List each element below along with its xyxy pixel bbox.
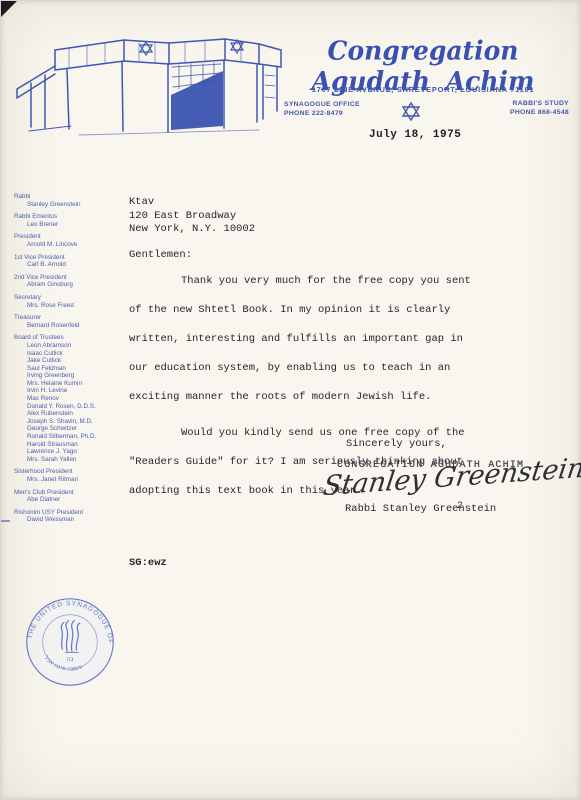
trustee-name: Ronald Silberman, Ph.D.: [14, 433, 126, 441]
trustee-name: Mrs. Sarah Yallen: [14, 456, 126, 464]
trustee-name: Donald Y. Rosen, D.D.S.: [14, 403, 126, 411]
officer-group: Treasurer Bernard Rosenfeld: [14, 314, 126, 329]
officer-name: Leo Brener: [14, 221, 126, 229]
officer-role: President: [14, 233, 126, 241]
trustee-name: Lawrence J. Yago: [14, 448, 126, 456]
synagogue-building-illustration: [9, 9, 289, 141]
officer-role: Sisterhood President: [14, 468, 126, 476]
officer-role: Men's Club President: [14, 489, 126, 497]
officer-name: Mrs. Rose Freed: [14, 302, 126, 310]
officer-role: Treasurer: [14, 314, 126, 322]
officer-role: Rabbi Emeritus: [14, 213, 126, 221]
officer-group: 1st Vice President Carl B. Arnold: [14, 254, 126, 269]
study-label: RABBI'S STUDY: [479, 100, 569, 109]
united-synagogue-seal: THE UNITED SYNAGOGUE OF AMERICA והסנה אי…: [23, 595, 117, 689]
letter-page: Congregation Agudath Achim 1707 LINE AVE…: [1, 1, 580, 799]
officer-name: Abe Diatner: [14, 496, 126, 504]
typed-signer-name: Rabbi Stanley Greenstein: [345, 503, 496, 515]
star-of-david-icon: [400, 100, 422, 124]
officer-role: 2nd Vice President: [14, 274, 126, 282]
closing-phrase: Sincerely yours,: [346, 438, 447, 450]
office-label: SYNAGOGUE OFFICE: [284, 101, 360, 110]
officer-role: Rabbi: [14, 193, 126, 201]
officer-role: Rishonim USY President: [14, 509, 126, 517]
study-phone: PHONE 868-4548: [479, 109, 569, 118]
rabbis-study-contact: RABBI'S STUDY PHONE 868-4548: [479, 100, 569, 117]
office-phone: PHONE 222-8479: [284, 110, 360, 119]
officer-role: Board of Trustees: [14, 334, 126, 342]
trustee-name: Saul Feldman: [14, 365, 126, 373]
officer-name: Arnold M. Lincove: [14, 241, 126, 249]
trustee-name: Max Renov: [14, 395, 126, 403]
officer-role: 1st Vice President: [14, 254, 126, 262]
officer-group: Men's Club President Abe Diatner: [14, 489, 126, 504]
typist-initials: SG:ewz: [129, 557, 167, 569]
board-of-trustees-group: Board of Trustees Leon Abramson Isaac Cu…: [14, 334, 126, 463]
recipient-address: Ktav 120 East Broadway New York, N.Y. 10…: [129, 196, 255, 237]
officer-group: Sisterhood President Mrs. Janet Ritman: [14, 468, 126, 483]
officers-sidebar: Rabbi Stanley Greenstein Rabbi Emeritus …: [14, 193, 126, 529]
recipient-line: New York, N.Y. 10002: [129, 223, 255, 237]
officer-group: Secretary Mrs. Rose Freed: [14, 294, 126, 309]
salutation: Gentlemen:: [129, 249, 192, 261]
paragraph: Thank you very much for the free copy yo…: [129, 267, 475, 412]
officer-name: Stanley Greenstein: [14, 201, 126, 209]
organization-address: 1707 LINE AVENUE, SHREVEPORT, LOUISIANA …: [273, 85, 573, 94]
trustee-name: Mrs. Helaine Kumin: [14, 380, 126, 388]
officer-name: Bernard Rosenfeld: [14, 322, 126, 330]
officer-name: Carl B. Arnold: [14, 261, 126, 269]
trustee-name: Joseph S. Shavin, M.D.: [14, 418, 126, 426]
officer-name: David Weissman: [14, 516, 126, 524]
officer-group: Rabbi Stanley Greenstein: [14, 193, 126, 208]
trustee-name: Leon Abramson: [14, 342, 126, 350]
recipient-line: Ktav: [129, 196, 255, 210]
officer-group: Rabbi Emeritus Leo Brener: [14, 213, 126, 228]
officer-group: Rishonim USY President David Weissman: [14, 509, 126, 524]
trustee-name: Jake Cutlick: [14, 357, 126, 365]
trustee-name: Isaac Cutlick: [14, 350, 126, 358]
officer-group: President Arnold M. Lincove: [14, 233, 126, 248]
letter-date: July 18, 1975: [369, 129, 461, 141]
officer-role: Secretary: [14, 294, 126, 302]
scan-margin-mark: [1, 520, 10, 522]
trustee-name: Harold Strausman: [14, 441, 126, 449]
trustee-name: Irving Greenberg: [14, 372, 126, 380]
officer-name: Mrs. Janet Ritman: [14, 476, 126, 484]
officer-name: Abram Ginsburg: [14, 281, 126, 289]
officer-group: 2nd Vice President Abram Ginsburg: [14, 274, 126, 289]
trustee-name: Alex Rubenstein: [14, 410, 126, 418]
recipient-line: 120 East Broadway: [129, 210, 255, 224]
trustee-name: George Schwitzer: [14, 425, 126, 433]
trustee-name: Irvin H. Levine: [14, 387, 126, 395]
page-number-mark: 2: [457, 501, 463, 512]
synagogue-office-contact: SYNAGOGUE OFFICE PHONE 222-8479: [284, 101, 360, 118]
seal-center-hebrew: נה: [67, 655, 74, 663]
